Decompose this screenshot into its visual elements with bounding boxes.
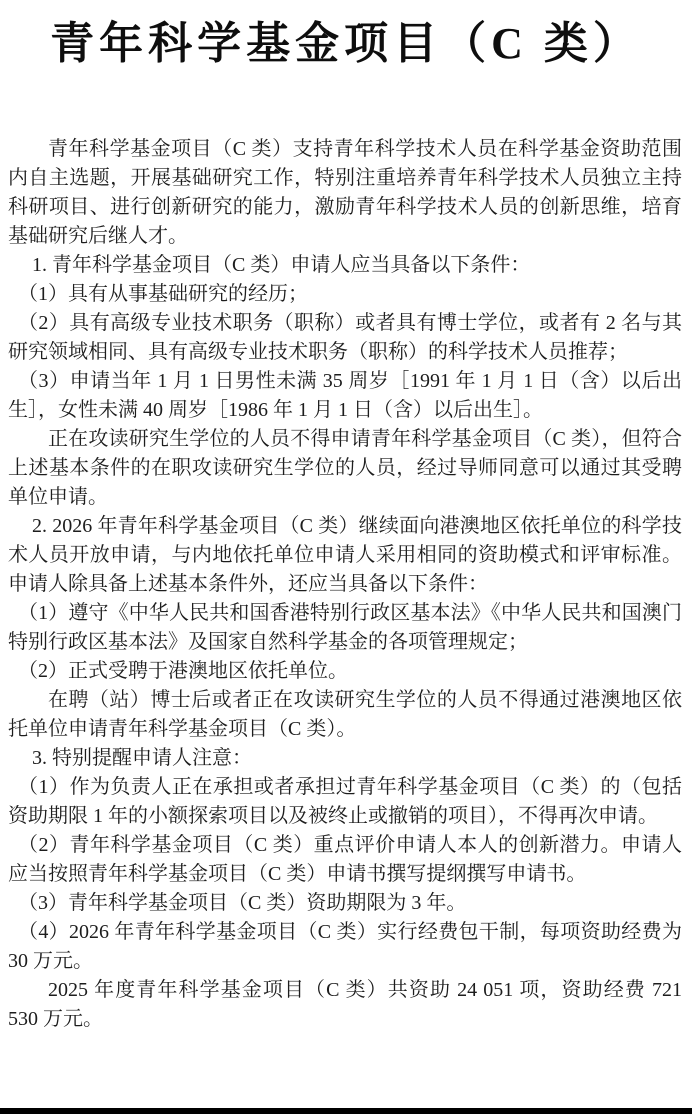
- document-title: 青年科学基金项目（C 类）: [0, 0, 692, 67]
- document-body: 青年科学基金项目（C 类）支持青年科学技术人员在科学基金资助范围内自主选题，开展…: [8, 135, 682, 1034]
- reminder-3-1: （1）作为负责人正在承担或者承担过青年科学基金项目（C 类）的（包括资助期限 1…: [8, 773, 682, 831]
- condition-1-3: （3）申请当年 1 月 1 日男性未满 35 周岁［1991 年 1 月 1 日…: [8, 367, 682, 425]
- paragraph-intro: 青年科学基金项目（C 类）支持青年科学技术人员在科学基金资助范围内自主选题，开展…: [8, 135, 682, 251]
- funding-statistics: 2025 年度青年科学基金项目（C 类）共资助 24 051 项，资助经费 72…: [8, 976, 682, 1034]
- page-bottom-border: [0, 1108, 692, 1114]
- condition-1-2: （2）具有高级专业技术职务（职称）或者具有博士学位，或者有 2 名与其研究领域相…: [8, 309, 682, 367]
- condition-1-1: （1）具有从事基础研究的经历；: [8, 280, 682, 309]
- document-page: 青年科学基金项目（C 类） 青年科学基金项目（C 类）支持青年科学技术人员在科学…: [0, 0, 692, 1117]
- reminder-3-3: （3）青年科学基金项目（C 类）资助期限为 3 年。: [8, 889, 682, 918]
- condition-2-1: （1）遵守《中华人民共和国香港特别行政区基本法》《中华人民共和国澳门特别行政区基…: [8, 599, 682, 657]
- note-graduate-students: 正在攻读研究生学位的人员不得申请青年科学基金项目（C 类），但符合上述基本条件的…: [8, 425, 682, 512]
- section-1-heading: 1. 青年科学基金项目（C 类）申请人应当具备以下条件：: [8, 251, 682, 280]
- condition-2-2: （2）正式受聘于港澳地区依托单位。: [8, 657, 682, 686]
- note-postdoc-hk-macau: 在聘（站）博士后或者正在攻读研究生学位的人员不得通过港澳地区依托单位申请青年科学…: [8, 686, 682, 744]
- reminder-3-2: （2）青年科学基金项目（C 类）重点评价申请人本人的创新潜力。申请人应当按照青年…: [8, 831, 682, 889]
- section-3-heading: 3. 特别提醒申请人注意：: [8, 744, 682, 773]
- section-2-heading: 2. 2026 年青年科学基金项目（C 类）继续面向港澳地区依托单位的科学技术人…: [8, 512, 682, 599]
- reminder-3-4: （4）2026 年青年科学基金项目（C 类）实行经费包干制，每项资助经费为 30…: [8, 918, 682, 976]
